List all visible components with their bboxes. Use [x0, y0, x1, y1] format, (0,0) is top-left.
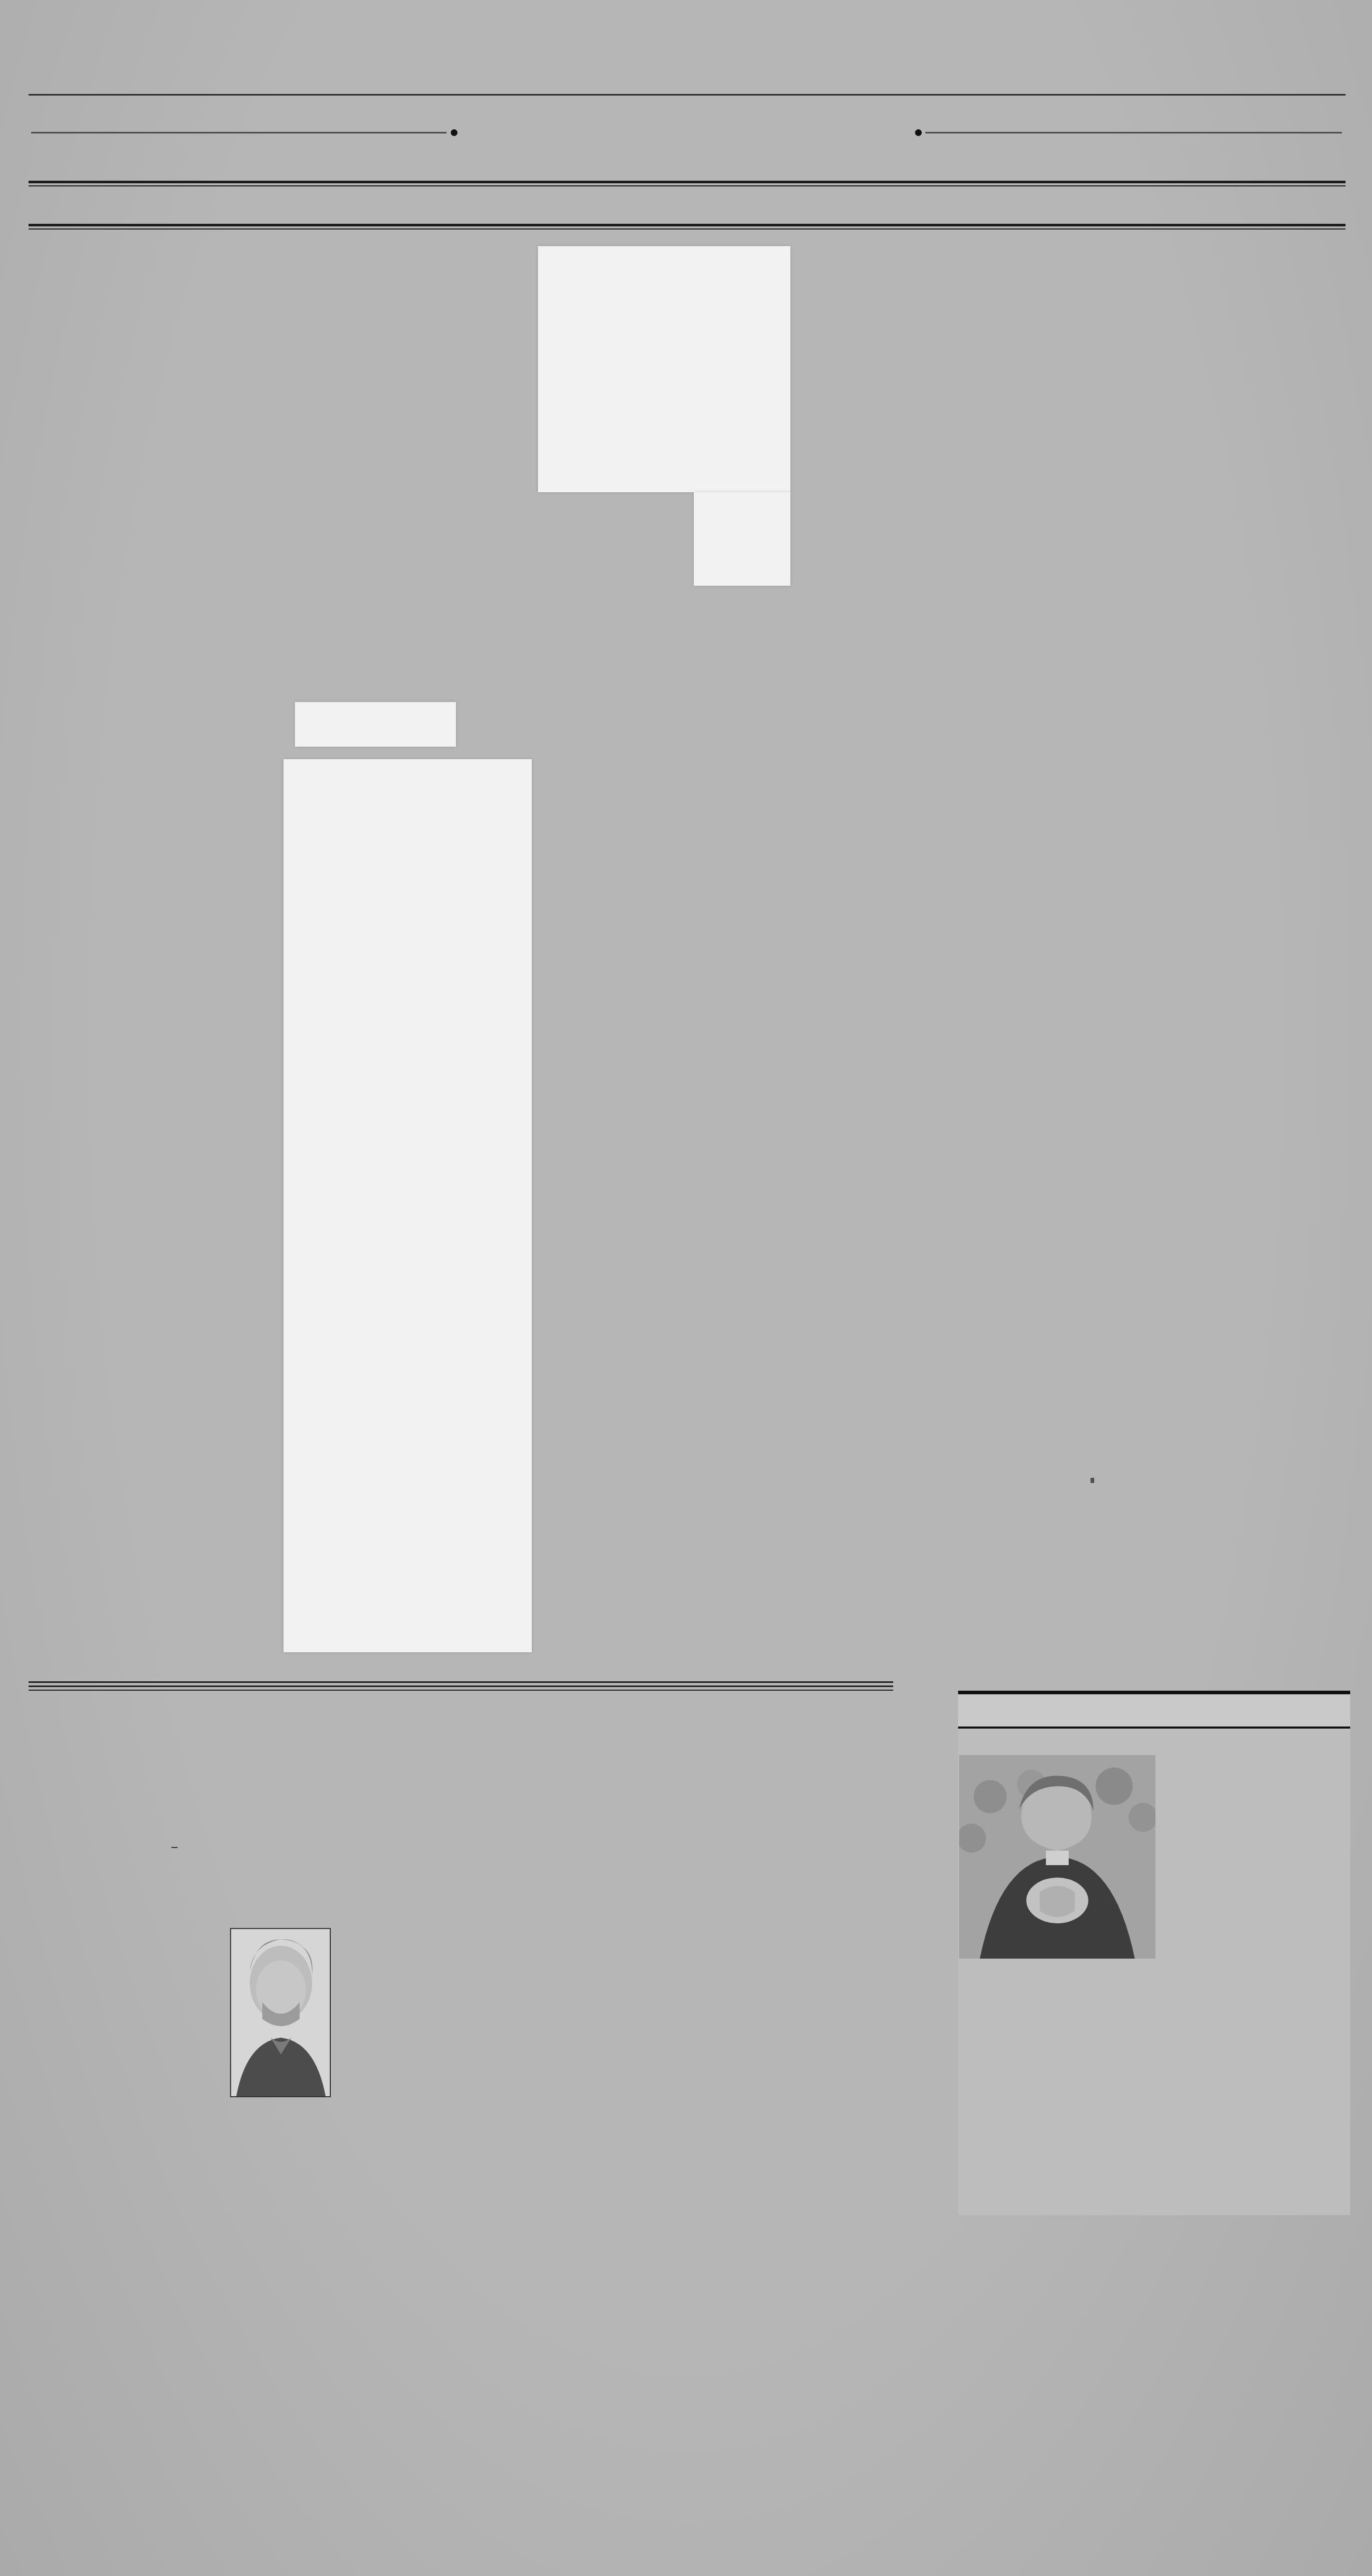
letters-column-1	[32, 254, 271, 1688]
letters-contact-box	[1091, 1478, 1355, 1483]
decorative-dot-right	[915, 129, 922, 136]
decorative-rule-left	[31, 132, 447, 133]
double-rule	[29, 224, 1346, 226]
hace-30-header	[958, 1691, 1350, 1729]
double-rule	[29, 185, 1346, 186]
double-rule	[29, 228, 1346, 230]
essay-author	[171, 1830, 178, 1848]
hace-30-anos-box	[958, 1691, 1350, 2215]
krenz-news-photo	[959, 1755, 1155, 1959]
letters-column-4	[796, 254, 1034, 1688]
news-photo-graphic	[959, 1755, 1155, 1959]
letters-column-5	[1091, 254, 1329, 1475]
essay-column-3	[646, 1832, 935, 2572]
essay-column-1	[42, 1862, 331, 2573]
author-portrait-photo	[230, 1928, 331, 2097]
double-rule	[29, 181, 1346, 183]
section-separator-rule	[29, 1681, 893, 1691]
decorative-rule-right	[925, 132, 1342, 133]
top-rule	[29, 94, 1346, 96]
decorative-dot-left	[451, 129, 458, 136]
letters-column-2	[287, 254, 526, 1688]
portrait-graphic	[231, 1929, 330, 2096]
newspaper-page	[0, 0, 1372, 2576]
essay-column-2	[338, 1832, 626, 2572]
letters-column-3	[541, 254, 780, 1688]
essay-byline	[32, 1830, 317, 1844]
